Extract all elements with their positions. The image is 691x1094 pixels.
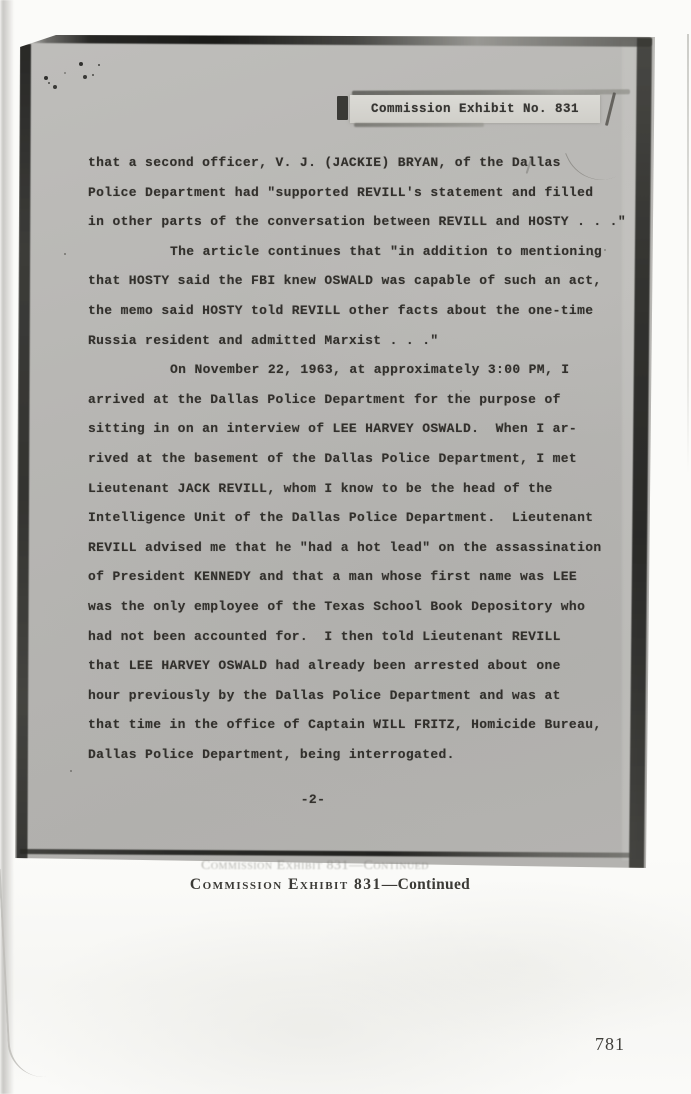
typed-line: sitting in on an interview of LEE HARVEY… xyxy=(88,414,618,444)
typed-line: that LEE HARVEY OSWALD had already been … xyxy=(88,651,618,681)
exhibit-stamp-label: Commission Exhibit No. 831 xyxy=(350,95,600,123)
typed-line: Police Department had "supported REVILL'… xyxy=(88,178,618,208)
scanned-document: Commission Exhibit No. 831 that a second… xyxy=(0,0,691,1094)
typed-line: rived at the basement of the Dallas Poli… xyxy=(88,444,618,474)
stamp-smudge-bottom xyxy=(354,123,484,127)
typed-line: in other parts of the conversation betwe… xyxy=(88,207,618,237)
stamp-edge-bar xyxy=(337,96,348,120)
stamp-slash-mark xyxy=(605,92,616,126)
typed-body-text: that a second officer, V. J. (JACKIE) BR… xyxy=(88,148,618,769)
typed-line: had not been accounted for. I then told … xyxy=(88,622,618,652)
typed-line: hour previously by the Dallas Police Dep… xyxy=(88,681,618,711)
caption-bleedthrough: Commission Exhibit 831—Continued xyxy=(190,859,440,875)
page-edge-line xyxy=(687,34,689,474)
typed-line: Dallas Police Department, being interrog… xyxy=(88,740,618,770)
typed-page-number: -2- xyxy=(88,785,538,815)
typed-line: Intelligence Unit of the Dallas Police D… xyxy=(88,503,618,533)
scan-edge-top xyxy=(28,33,652,47)
typed-line: that time in the office of Captain WILL … xyxy=(88,710,618,740)
caption-continued-text: —Continued xyxy=(382,876,470,893)
typed-line: the memo said HOSTY told REVILL other fa… xyxy=(88,296,618,326)
typed-line: Russia resident and admitted Marxist . .… xyxy=(88,326,618,356)
book-page-number: 781 xyxy=(560,1034,660,1055)
typed-line: that HOSTY said the FBI knew OSWALD was … xyxy=(88,266,618,296)
typed-line: The article continues that "in addition … xyxy=(88,237,618,267)
typed-line: was the only employee of the Texas Schoo… xyxy=(88,592,618,622)
exhibit-stamp: Commission Exhibit No. 831 xyxy=(330,86,625,134)
typed-line: REVILL advised me that he "had a hot lea… xyxy=(88,533,618,563)
typed-line: On November 22, 1963, at approximately 3… xyxy=(88,355,618,385)
exhibit-caption: Commission Exhibit 831—Continued xyxy=(110,876,550,898)
typed-line: arrived at the Dallas Police Department … xyxy=(88,385,618,415)
caption-exhibit-text: Commission Exhibit 831 xyxy=(190,876,382,893)
typed-line: of President KENNEDY and that a man whos… xyxy=(88,562,618,592)
book-page: Commission Exhibit No. 831 that a second… xyxy=(0,0,691,1094)
scan-edge-left xyxy=(16,44,31,862)
scan-edge-bottom xyxy=(20,849,632,858)
typed-line: Lieutenant JACK REVILL, whom I know to b… xyxy=(88,474,618,504)
typed-line: that a second officer, V. J. (JACKIE) BR… xyxy=(88,148,618,178)
